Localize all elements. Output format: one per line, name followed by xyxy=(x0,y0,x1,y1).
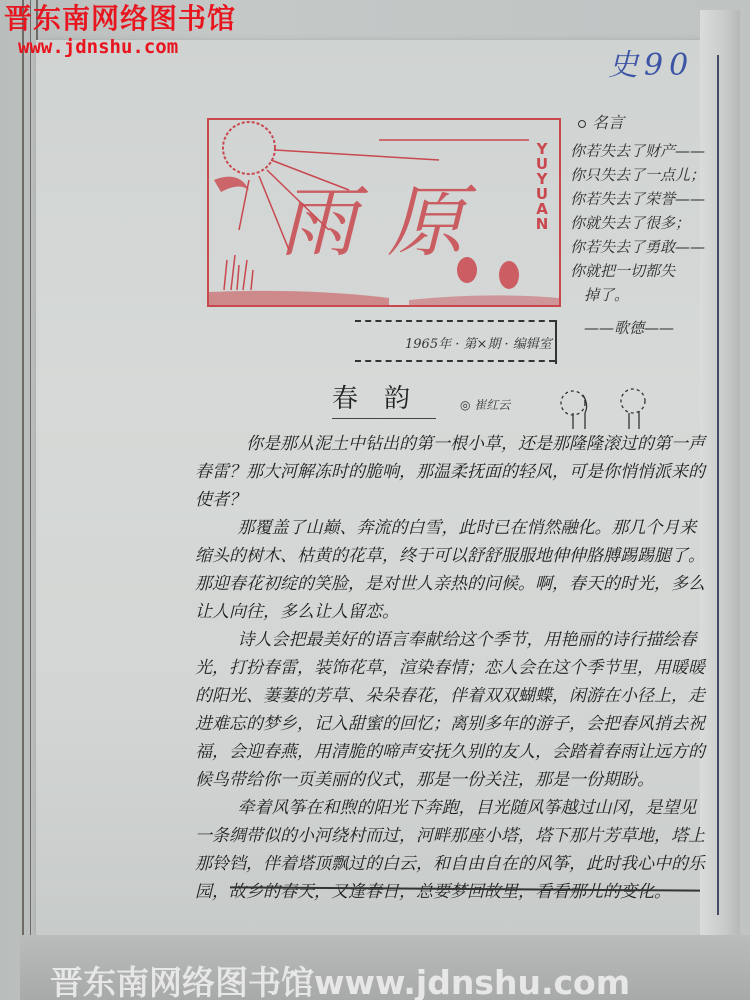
issue-info-box: 1965年 · 第×期 · 编辑室 xyxy=(355,320,557,364)
paper-edge-line xyxy=(30,0,31,1000)
quote-title-text: 名言 xyxy=(592,113,624,132)
quote-line: 你若失去了财产—— xyxy=(570,139,710,163)
quote-line: 掉了。 xyxy=(570,283,710,307)
essay-paragraph: 诗人会把最美好的语言奉献给这个季节，用艳丽的诗行描绘春光，打扮春雷，装饰花草，渲… xyxy=(195,626,705,794)
masthead-title: 雨原 xyxy=(279,160,495,272)
essay-title: 春韵 xyxy=(332,378,436,419)
issue-line: 1965年 · 第×期 · 编辑室 xyxy=(405,333,552,352)
masthead-pinyin: YUYUAN xyxy=(533,142,551,232)
quote-line: 你就失去了很多； xyxy=(570,211,710,235)
essay-body: 你是那从泥土中钻出的第一根小草，还是那隆隆滚过的第一声春雷？那大河解冻时的脆响，… xyxy=(195,430,705,906)
divider xyxy=(355,320,555,322)
essay-author: ◎ 崔红云 xyxy=(460,396,510,413)
quote-title: 名言 xyxy=(578,110,710,133)
watermark-top: 晋东南网络图书馆 www.jdnshu.com xyxy=(4,2,254,58)
essay-paragraph: 你是那从泥土中钻出的第一根小草，还是那隆隆滚过的第一声春雷？那大河解冻时的脆响，… xyxy=(195,430,705,514)
quote-author: ——歌德—— xyxy=(584,317,710,338)
quote-line: 你就把一切都失 xyxy=(570,259,710,283)
bullet-icon xyxy=(578,120,586,128)
paper-edge-line xyxy=(22,0,24,1000)
margin-rule-line xyxy=(717,55,719,915)
quote-line: 你若失去了荣誉—— xyxy=(570,187,710,211)
watermark-bottom: 晋东南网络图书馆www.jdnshu.com xyxy=(50,957,750,1000)
quote-line: 你若失去了勇敢—— xyxy=(570,235,710,259)
essay-paragraph: 那覆盖了山巅、奔流的白雪，此时已在悄然融化。那几个月来缩头的树木、枯黄的花草，终… xyxy=(195,514,705,626)
watermark-url: www.jdnshu.com xyxy=(4,36,254,58)
archive-number-mark: 史90 xyxy=(608,40,694,84)
tree-doodle-icon xyxy=(555,385,665,435)
watermark-site-name: 晋东南网络图书馆 xyxy=(4,2,254,36)
divider xyxy=(355,360,555,362)
quote-box: 名言 你若失去了财产—— 你只失去了一点儿； 你若失去了荣誉—— 你就失去了很多… xyxy=(570,110,710,338)
masthead-banner: 雨原 YUYUAN xyxy=(207,118,561,307)
quote-line: 你只失去了一点儿； xyxy=(570,163,710,187)
